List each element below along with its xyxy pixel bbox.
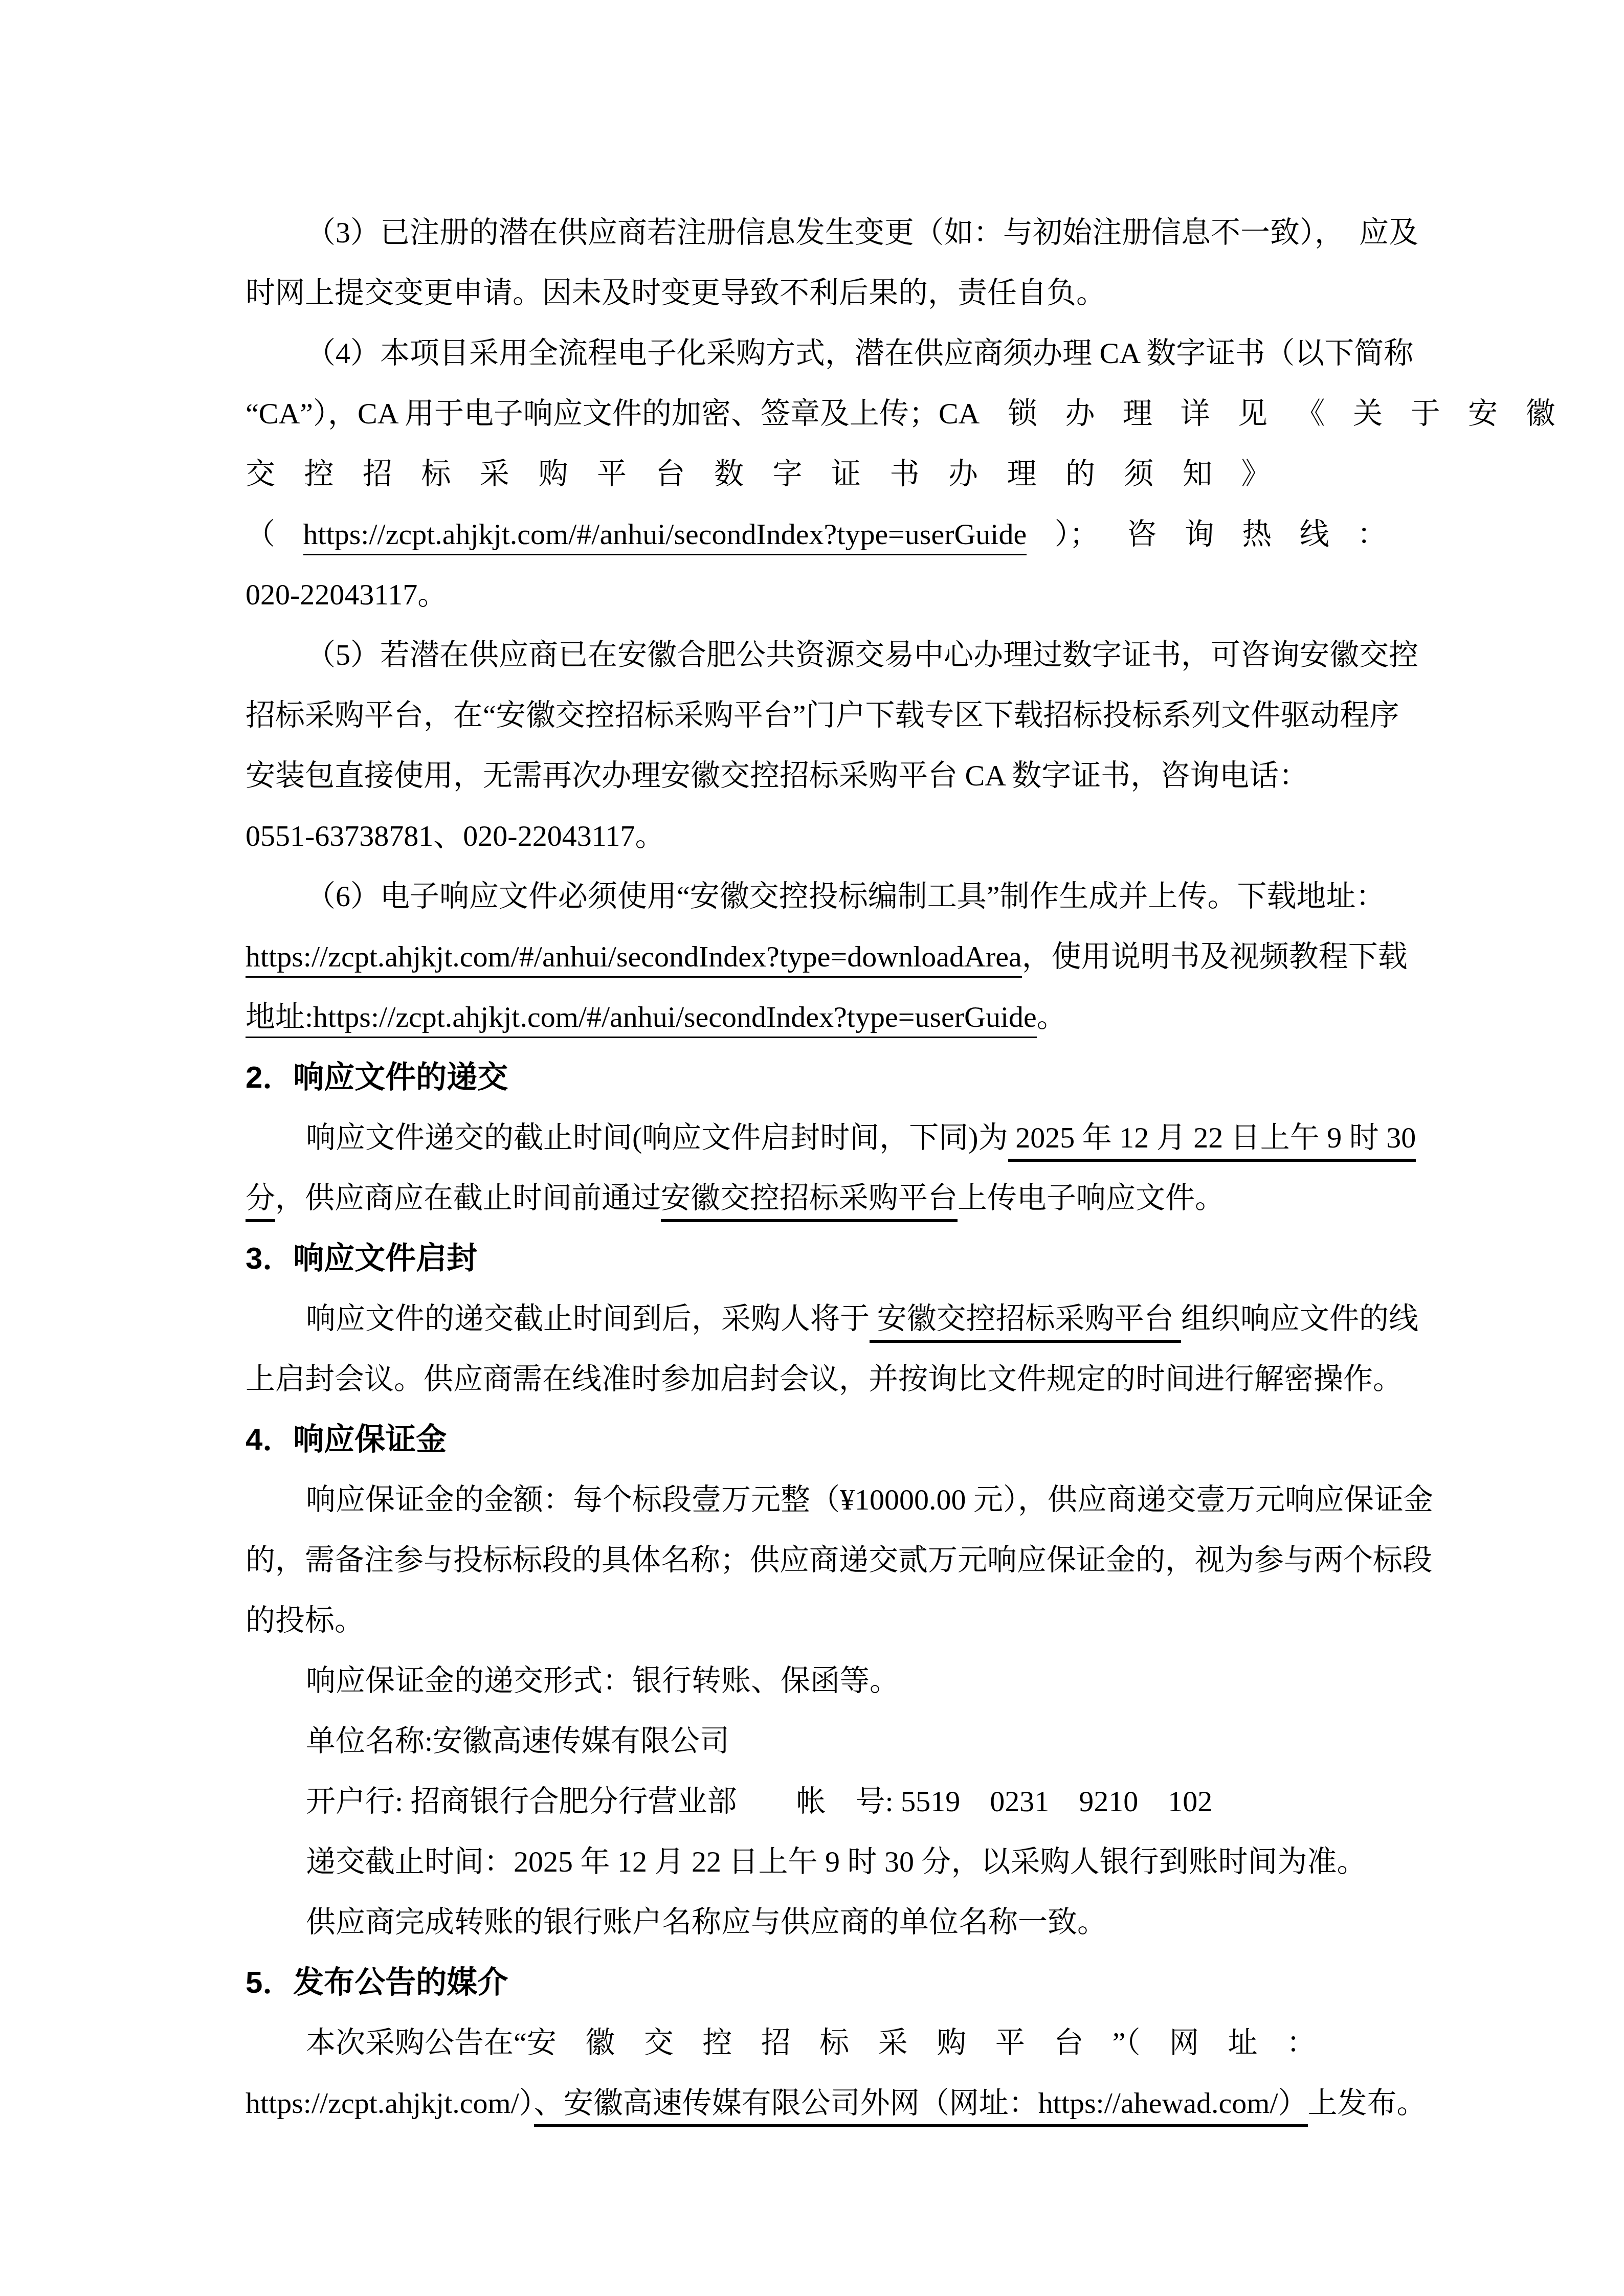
text-line: 上启封会议。供应商需在线准时参加启封会议，并按询比文件规定的时间进行解密操作。 [246, 1349, 1407, 1409]
text-line: 递交截止时间：2025 年 12 月 22 日上午 9 时 30 分，以采购人银… [246, 1832, 1407, 1892]
underlined-text: 2025 年 12 月 22 日上午 9 时 30 [1008, 1121, 1416, 1162]
text-line: 开户行: 招商银行合肥分行营业部 帐 号: 5519 0231 9210 102 [246, 1771, 1407, 1832]
text-run: ，使用说明书及视频教程下载 [1022, 940, 1408, 973]
section-heading: 3．响应文件启封 [246, 1228, 1407, 1289]
text-line: （6）电子响应文件必须使用“安徽交控投标编制工具”制作生成并上传。下载地址： [246, 866, 1407, 927]
document-page: （3）已注册的潜在供应商若注册信息发生变更（如：与初始注册信息不一致）， 应及时… [0, 0, 1624, 2296]
text-run: 的投标。 [246, 1604, 364, 1637]
text-run: “CA”），CA 用于电子响应文件的加密、签章及上传；CA [246, 397, 980, 430]
section-heading: 5．发布公告的媒介 [246, 1952, 1407, 2013]
text-run: 的，需备注参与投标标段的具体名称；供应商递交贰万元响应保证金的，视为参与两个标段 [246, 1543, 1432, 1577]
text-line: 020-22043117。 [246, 565, 1407, 625]
text-line: 本次采购公告在“安 徽 交 控 招 标 采 购 平 台 ”（ 网 址 ： [246, 2013, 1407, 2073]
hyperlink[interactable]: https://zcpt.ahjkjt.com/#/anhui/secondIn… [246, 940, 1022, 978]
text-run: 供应商完成转账的银行账户名称应与供应商的单位名称一致。 [306, 1905, 1107, 1939]
text-line: https://zcpt.ahjkjt.com/）、安徽高速传媒有限公司外网（网… [246, 2073, 1407, 2133]
text-line: 招标采购平台，在“安徽交控招标采购平台”门户下载专区下载招标投标系列文件驱动程序 [246, 685, 1407, 746]
text-line: （ https://zcpt.ahjkjt.com/#/anhui/second… [246, 504, 1407, 565]
text-run: 交 控 招 标 采 购 平 台 数 字 证 书 办 理 的 须 知 》 [246, 457, 1271, 490]
text-run: 安 徽 交 控 招 标 采 购 平 台 ”（ 网 址 ： [527, 2026, 1316, 2059]
document-body: （3）已注册的潜在供应商若注册信息发生变更（如：与初始注册信息不一致）， 应及时… [246, 202, 1407, 2133]
text-run: 开户行: 招商银行合肥分行营业部 帐 号: 5519 0231 9210 102 [306, 1785, 1212, 1818]
hyperlink[interactable]: https://zcpt.ahjkjt.com/#/anhui/secondIn… [303, 517, 1027, 555]
text-run: 时网上提交变更申请。因未及时变更导致不利后果的，责任自负。 [246, 276, 1106, 309]
text-run: ，供应商应在截止时间前通过 [275, 1181, 661, 1214]
text-line: 分，供应商应在截止时间前通过安徽交控招标采购平台上传电子响应文件。 [246, 1168, 1407, 1228]
text-line: 交 控 招 标 采 购 平 台 数 字 证 书 办 理 的 须 知 》 [246, 444, 1407, 504]
text-run: （ [246, 517, 303, 551]
text-line: 的投标。 [246, 1590, 1407, 1651]
text-run: 上启封会议。供应商需在线准时参加启封会议，并按询比文件规定的时间进行解密操作。 [246, 1362, 1403, 1395]
text-run: https://zcpt.ahjkjt.com/） [246, 2086, 534, 2120]
text-run: 响应文件的递交截止时间到后，采购人将于 [306, 1302, 870, 1335]
text-line: （3）已注册的潜在供应商若注册信息发生变更（如：与初始注册信息不一致）， 应及 [246, 202, 1407, 263]
text-line: 响应保证金的金额：每个标段壹万元整（¥10000.00 元），供应商递交壹万元响… [246, 1470, 1407, 1530]
text-run: 本次采购公告在“ [306, 2026, 527, 2059]
text-line: （4）本项目采用全流程电子化采购方式，潜在供应商须办理 CA 数字证书（以下简称 [246, 323, 1407, 384]
text-line: 0551-63738781、020-22043117。 [246, 806, 1407, 866]
text-run: 招标采购平台，在“安徽交控招标采购平台”门户下载专区下载招标投标系列文件驱动程序 [246, 699, 1399, 732]
text-run: 响应文件递交的截止时间(响应文件启封时间，下同)为 [306, 1121, 1008, 1154]
text-line: 安装包直接使用，无需再次办理安徽交控招标采购平台 CA 数字证书，咨询电话： [246, 746, 1407, 806]
text-run: ）； 咨 询 热 线 ： [1027, 517, 1387, 551]
text-line: 响应文件递交的截止时间(响应文件启封时间，下同)为 2025 年 12 月 22… [246, 1108, 1407, 1168]
text-run: 4．响应保证金 [246, 1422, 447, 1456]
text-run: 响应保证金的递交形式：银行转账、保函等。 [306, 1664, 899, 1697]
underlined-text: 分 [246, 1181, 275, 1222]
text-run: （4）本项目采用全流程电子化采购方式，潜在供应商须办理 CA 数字证书（以下简称 [306, 336, 1413, 370]
text-run: 上传电子响应文件。 [958, 1181, 1225, 1214]
text-run: 5．发布公告的媒介 [246, 1965, 508, 1999]
text-run: 020-22043117。 [246, 578, 447, 611]
text-line: 响应文件的递交截止时间到后，采购人将于 安徽交控招标采购平台 组织响应文件的线 [246, 1289, 1407, 1349]
section-heading: 4．响应保证金 [246, 1409, 1407, 1470]
text-line: 响应保证金的递交形式：银行转账、保函等。 [246, 1651, 1407, 1711]
text-line: 地址:https://zcpt.ahjkjt.com/#/anhui/secon… [246, 987, 1407, 1047]
section-heading: 2．响应文件的递交 [246, 1047, 1407, 1108]
text-run: 响应保证金的金额：每个标段壹万元整（¥10000.00 元），供应商递交壹万元响… [306, 1483, 1433, 1516]
text-line: （5）若潜在供应商已在安徽合肥公共资源交易中心办理过数字证书，可咨询安徽交控 [246, 625, 1407, 685]
text-run: 。 [1037, 1000, 1066, 1033]
underlined-text: 、安徽高速传媒有限公司外网（网址：https://ahewad.com/） [534, 2086, 1308, 2127]
text-line: https://zcpt.ahjkjt.com/#/anhui/secondIn… [246, 927, 1407, 987]
text-run: 组织响应文件的线 [1181, 1302, 1418, 1335]
text-run: 单位名称:安徽高速传媒有限公司 [306, 1724, 729, 1758]
text-run: 3．响应文件启封 [246, 1241, 477, 1275]
underlined-text: 安徽交控招标采购平台 [870, 1302, 1181, 1343]
text-run: 锁 办 理 详 见 《 关 于 安 徽 [980, 397, 1555, 430]
text-line: 单位名称:安徽高速传媒有限公司 [246, 1711, 1407, 1771]
text-run: 2．响应文件的递交 [246, 1060, 508, 1094]
text-line: “CA”），CA 用于电子响应文件的加密、签章及上传；CA 锁 办 理 详 见 … [246, 384, 1407, 444]
text-line: 供应商完成转账的银行账户名称应与供应商的单位名称一致。 [246, 1892, 1407, 1952]
text-run: （6）电子响应文件必须使用“安徽交控投标编制工具”制作生成并上传。下载地址： [306, 880, 1386, 913]
text-line: 时网上提交变更申请。因未及时变更导致不利后果的，责任自负。 [246, 263, 1407, 323]
text-run: 安装包直接使用，无需再次办理安徽交控招标采购平台 CA 数字证书，咨询电话： [246, 759, 1308, 792]
text-run: 0551-63738781、020-22043117。 [246, 819, 664, 852]
text-run: 上发布。 [1308, 2086, 1427, 2120]
text-run: （3）已注册的潜在供应商若注册信息发生变更（如：与初始注册信息不一致）， 应及 [306, 216, 1418, 249]
underlined-text: 安徽交控招标采购平台 [661, 1181, 958, 1222]
text-run: 递交截止时间：2025 年 12 月 22 日上午 9 时 30 分，以采购人银… [306, 1845, 1367, 1878]
hyperlink[interactable]: 地址:https://zcpt.ahjkjt.com/#/anhui/secon… [246, 1000, 1037, 1038]
text-line: 的，需备注参与投标标段的具体名称；供应商递交贰万元响应保证金的，视为参与两个标段 [246, 1530, 1407, 1590]
text-run: （5）若潜在供应商已在安徽合肥公共资源交易中心办理过数字证书，可咨询安徽交控 [306, 638, 1418, 671]
